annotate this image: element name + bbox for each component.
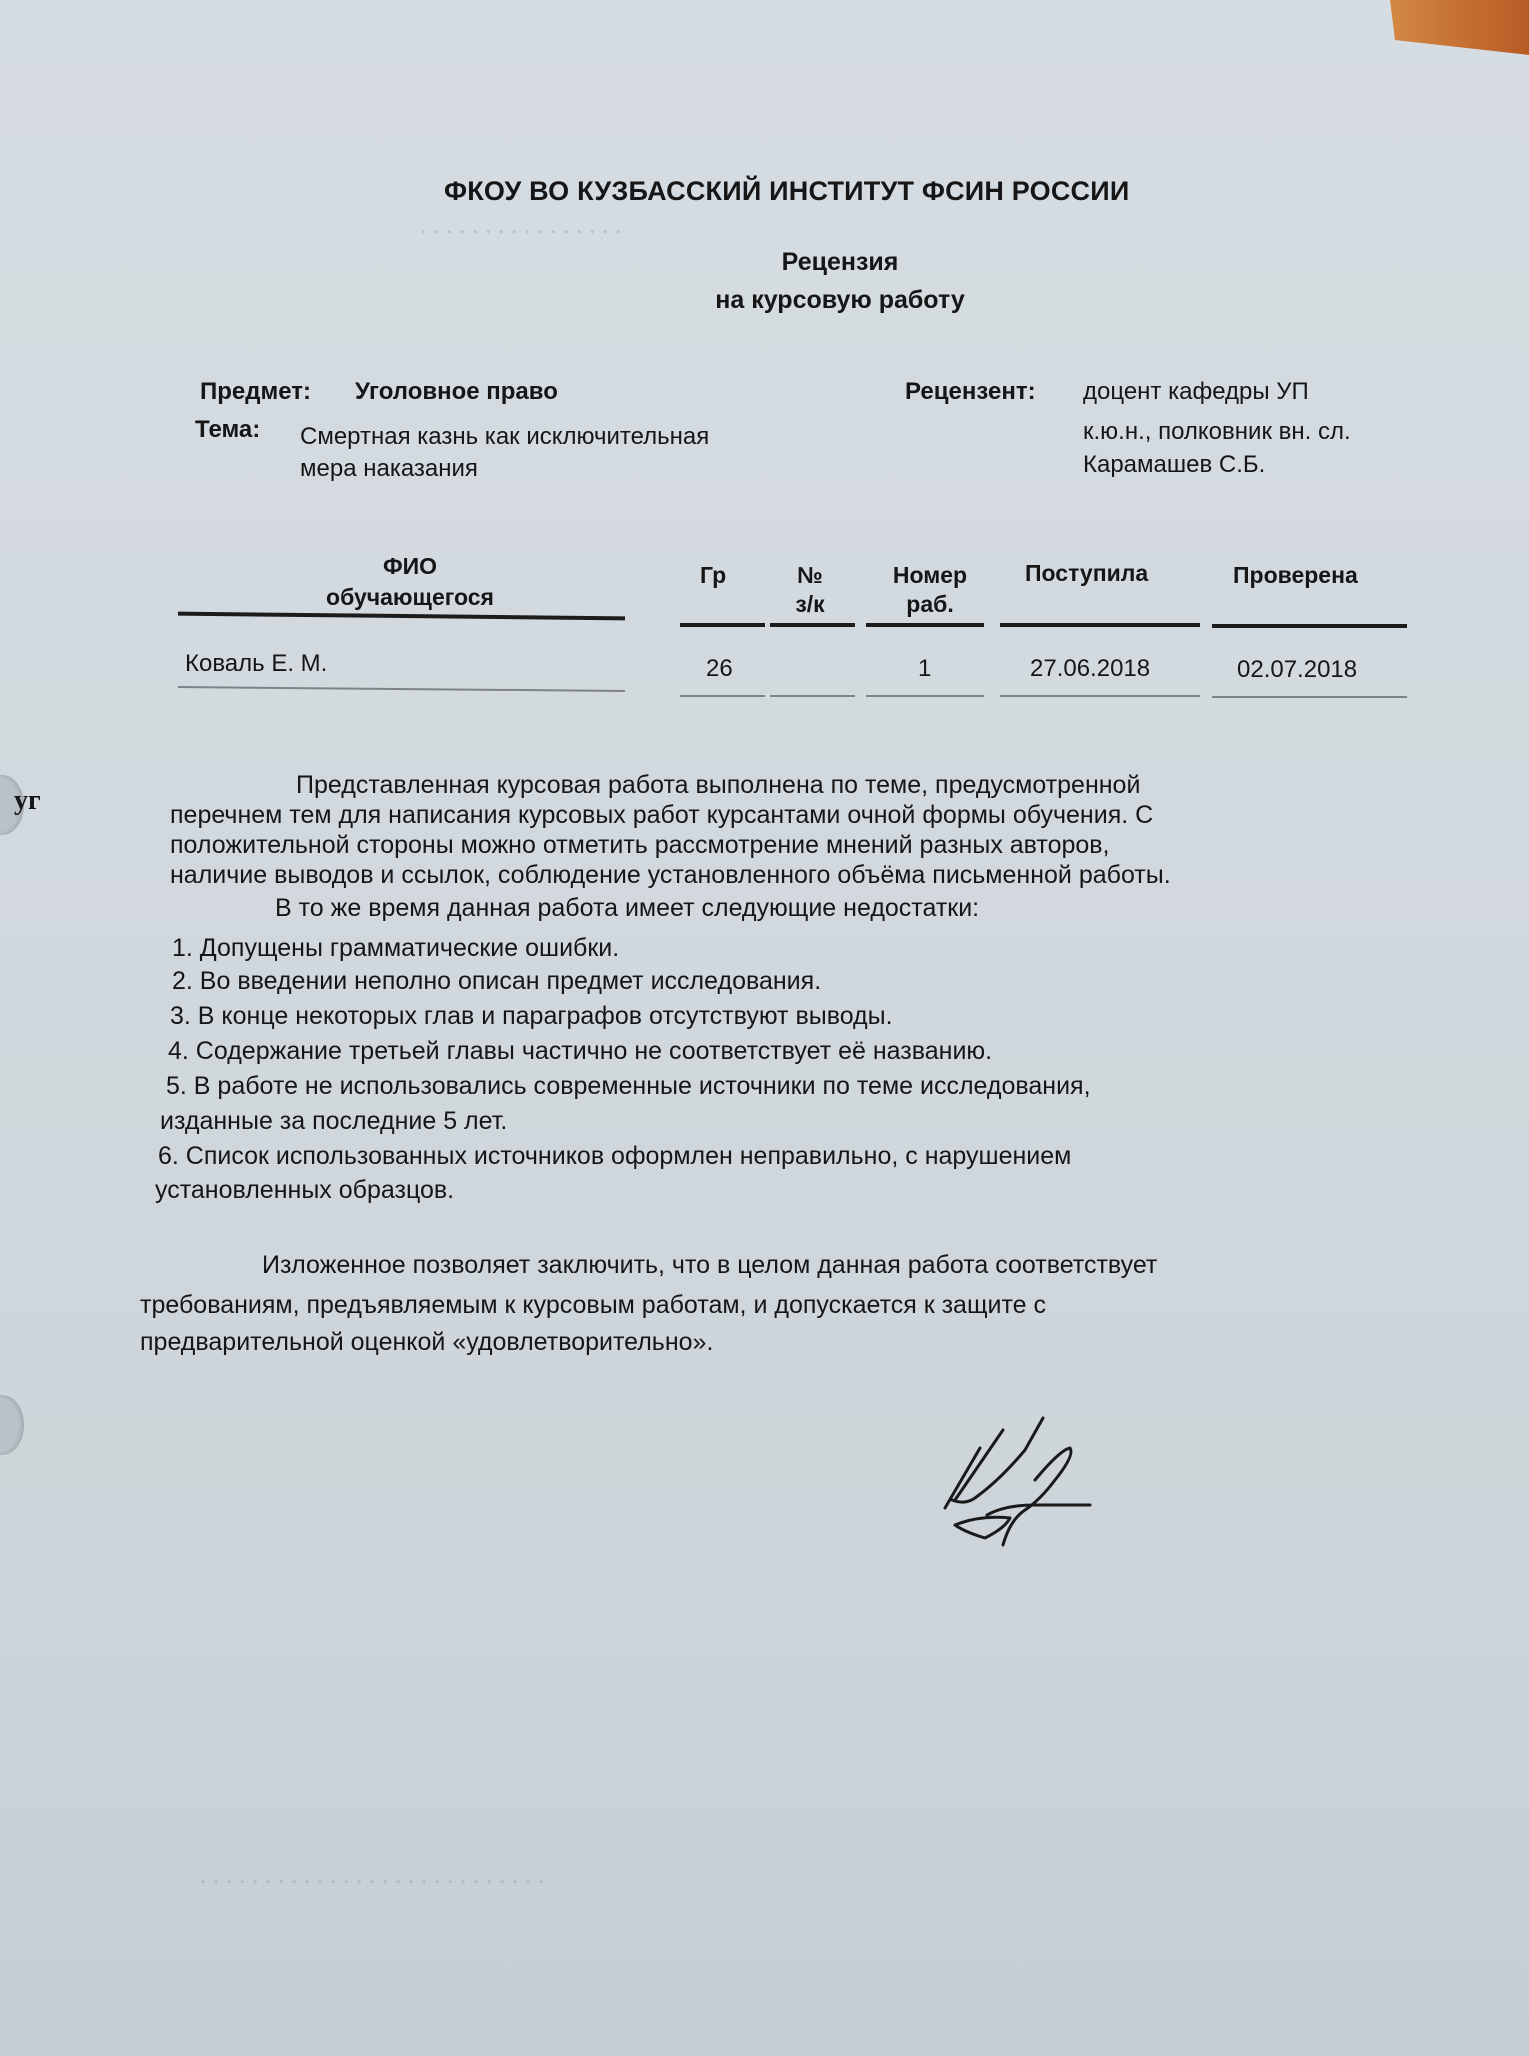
reviewer-line-2: к.ю.н., полковник вн. сл. <box>1083 418 1351 446</box>
margin-note: уг <box>14 785 41 817</box>
col-header-work-number: Номер раб. <box>880 562 980 618</box>
reviewer-signature <box>925 1410 1095 1550</box>
col-header-fio: ФИО обучающегося <box>300 553 520 611</box>
document-page: . . . . . . . . . . . . . . . . . . . . … <box>0 0 1529 2056</box>
topic-line-2: мера наказания <box>300 455 478 483</box>
list-item: 2. Во введении неполно описан предмет ис… <box>172 966 821 996</box>
review-intro-line-4: наличие выводов и ссылок, соблюдение уст… <box>170 860 1171 890</box>
review-intro-line-1: Представленная курсовая работа выполнена… <box>296 770 1140 800</box>
col-header-checked: Проверена <box>1233 562 1358 589</box>
col-header-received: Поступила <box>1025 560 1148 587</box>
topic-label: Тема: <box>195 416 260 444</box>
list-item: изданные за последние 5 лет. <box>160 1106 507 1136</box>
drawbacks-intro: В то же время данная работа имеет следую… <box>275 893 979 923</box>
list-item: 3. В конце некоторых глав и параграфов о… <box>170 1001 893 1031</box>
conclusion-line-1: Изложенное позволяет заключить, что в це… <box>262 1250 1157 1280</box>
conclusion-line-3: предварительной оценкой «удовлетворитель… <box>140 1327 713 1357</box>
list-item: 1. Допущены грамматические ошибки. <box>172 933 619 963</box>
institution-name: ФКОУ ВО КУЗБАССКИЙ ИНСТИТУТ ФСИН РОССИИ <box>444 176 1129 207</box>
list-item: установленных образцов. <box>155 1175 454 1205</box>
reviewer-label: Рецензент: <box>905 378 1036 406</box>
review-intro-line-2: перечнем тем для написания курсовых рабо… <box>170 800 1153 830</box>
list-item: 4. Содержание третьей главы частично не … <box>168 1036 992 1066</box>
subject-label: Предмет: <box>200 378 311 406</box>
col-header-group: Гр <box>700 562 726 589</box>
topic-line-1: Смертная казнь как исключительная <box>300 423 709 451</box>
review-intro-line-3: положительной стороны можно отметить рас… <box>170 830 1110 860</box>
col-header-record: № з/к <box>780 562 840 618</box>
cell-work-number: 1 <box>918 655 931 683</box>
cell-group: 26 <box>706 655 733 683</box>
document-subtitle: на курсовую работу <box>0 286 1529 315</box>
list-item: 5. В работе не использовались современны… <box>166 1071 1091 1101</box>
conclusion-line-2: требованиям, предъявляемым к курсовым ра… <box>140 1290 1046 1320</box>
document-title: Рецензия <box>0 248 1529 277</box>
cell-fio: Коваль Е. М. <box>185 650 327 678</box>
punch-hole-bottom <box>0 1395 24 1455</box>
cell-checked: 02.07.2018 <box>1237 656 1357 684</box>
subject-value: Уголовное право <box>355 378 558 406</box>
reviewer-line-1: доцент кафедры УП <box>1083 378 1309 406</box>
reviewer-line-3: Карамашев С.Б. <box>1083 451 1265 479</box>
cell-received: 27.06.2018 <box>1030 655 1150 683</box>
list-item: 6. Список использованных источников офор… <box>158 1141 1071 1171</box>
